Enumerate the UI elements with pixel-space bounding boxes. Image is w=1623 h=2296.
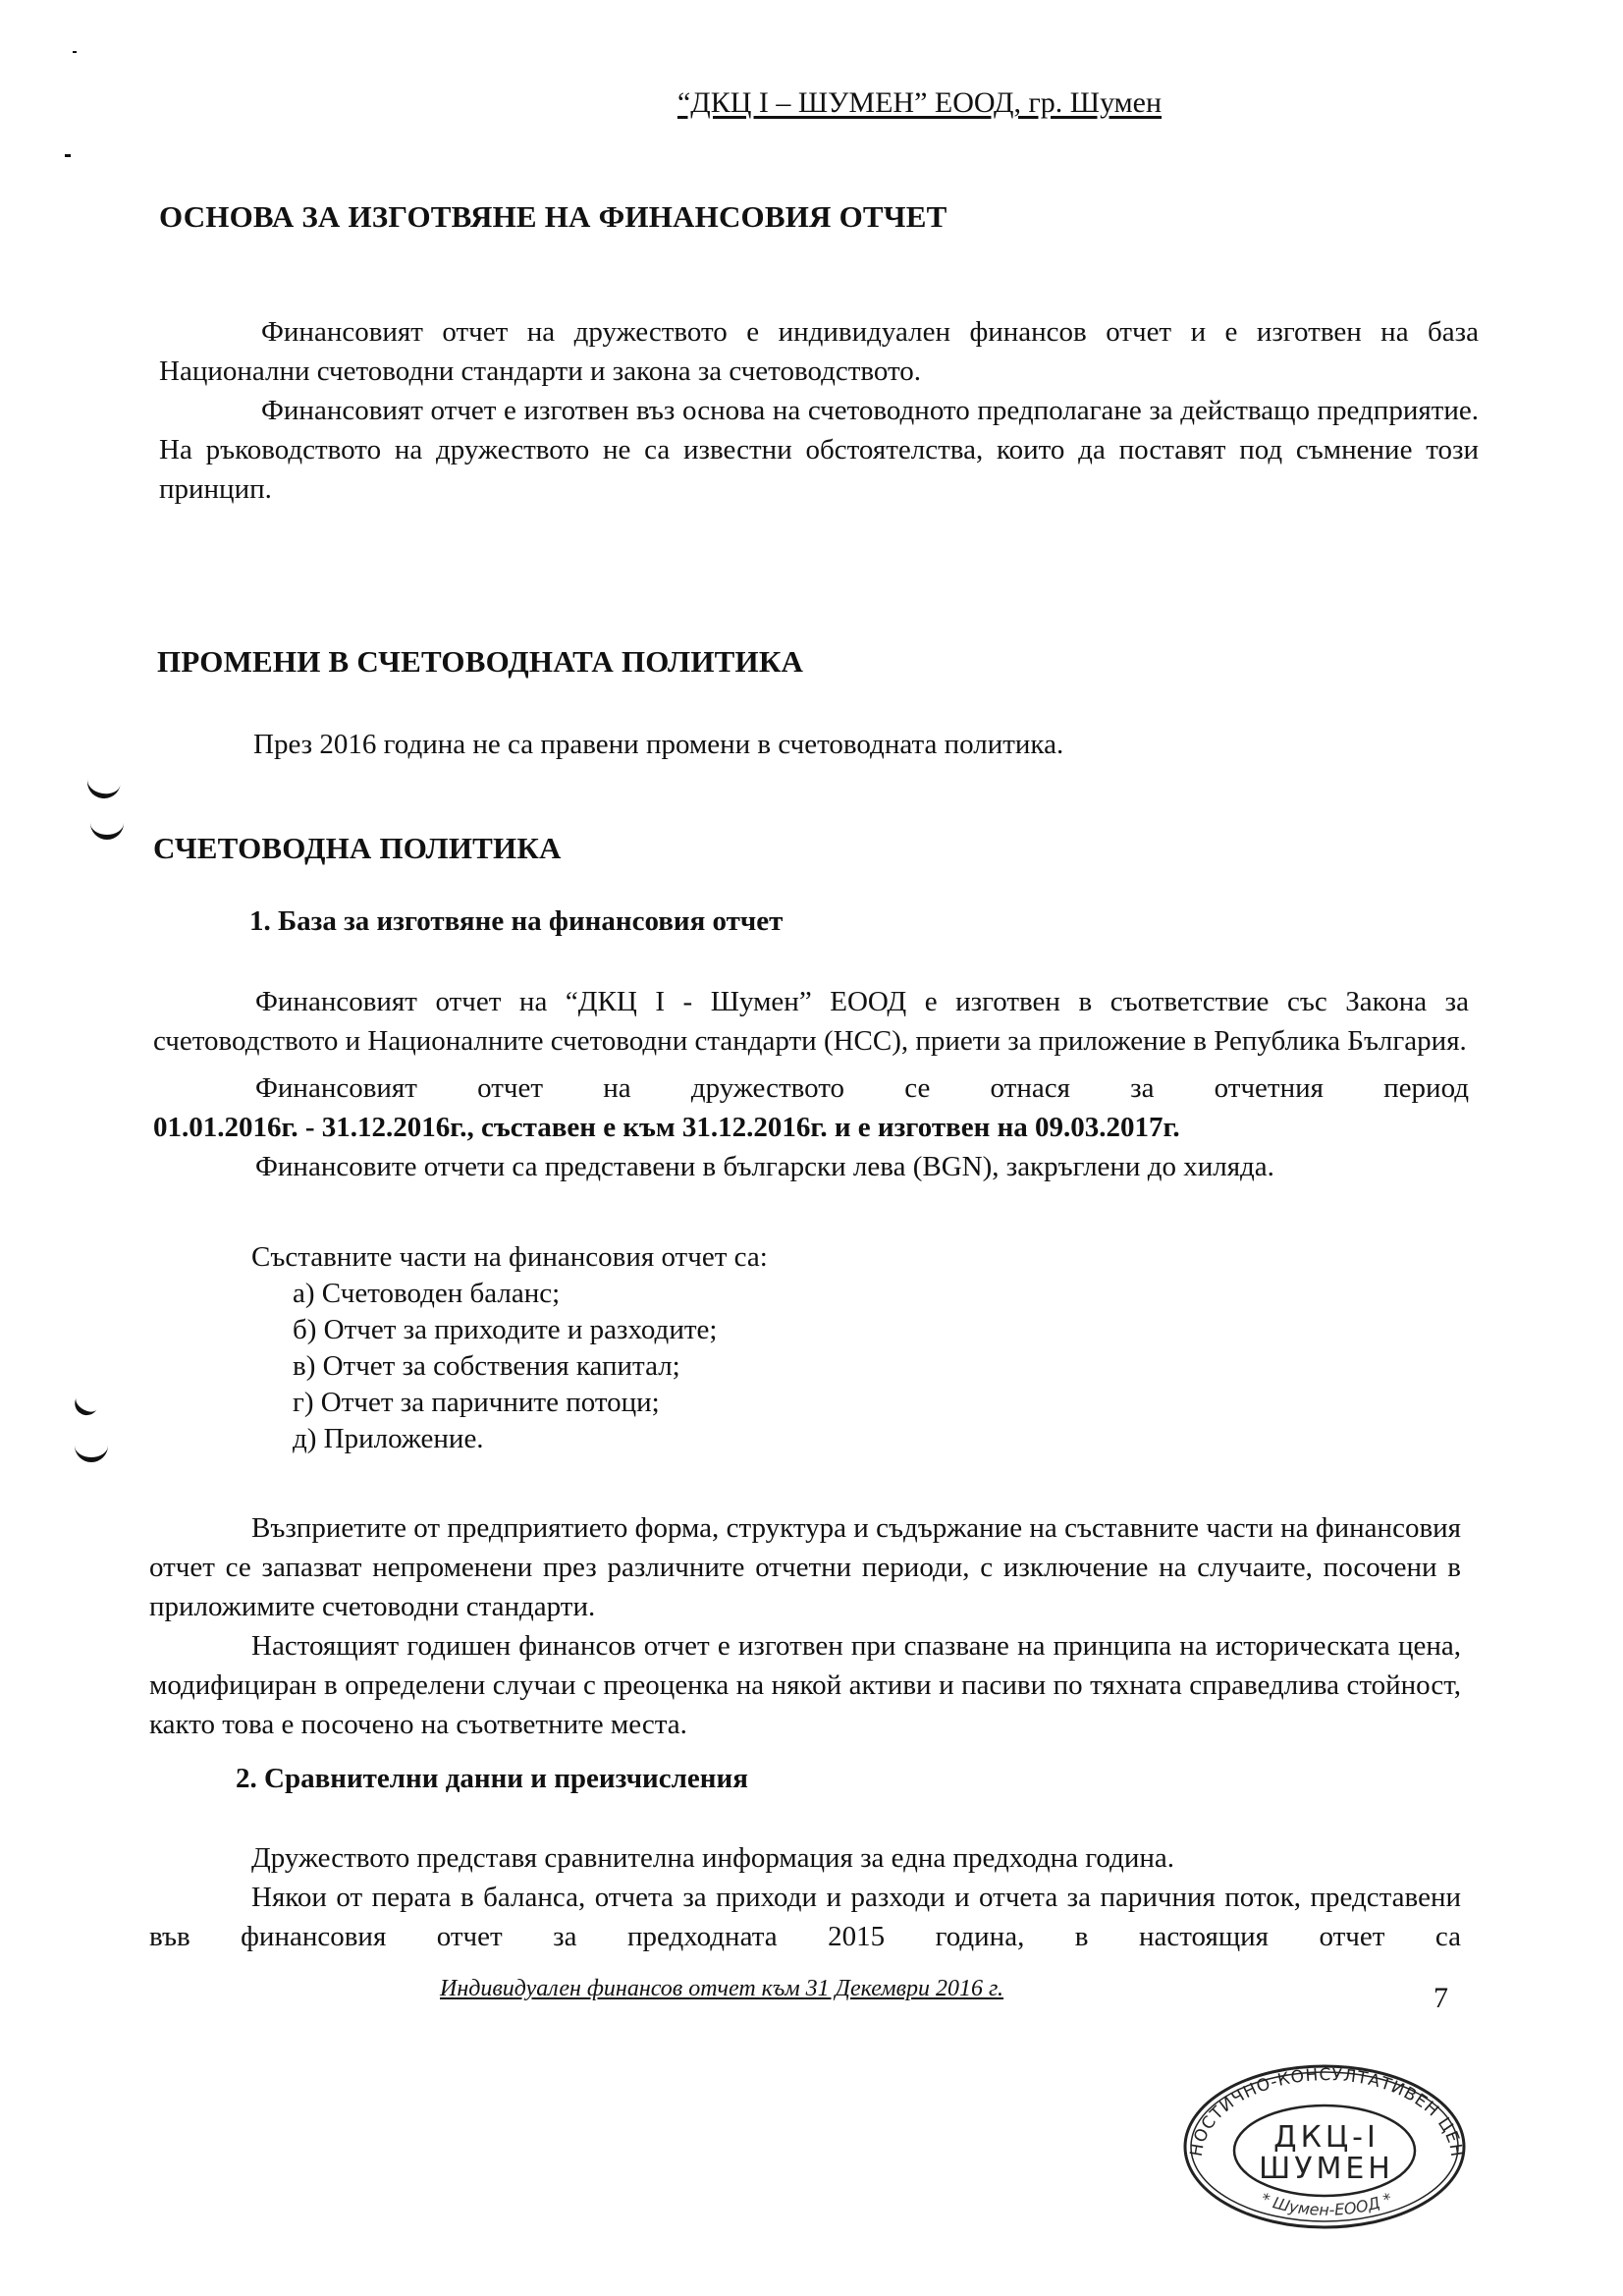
binder-mark <box>84 773 121 801</box>
paragraph: Финансовият отчет на “ДКЦ I - Шумен” ЕОО… <box>153 982 1469 1061</box>
paragraph: Финансовият отчет на дружеството е индив… <box>159 312 1479 391</box>
section-basis-body: Финансовият отчет на дружеството е индив… <box>159 312 1479 509</box>
footer-caption: Индивидуален финансов отчет към 31 Декем… <box>440 1976 1003 2002</box>
page-number: 7 <box>1434 1982 1448 2015</box>
subsection-comparative-body: Дружеството представя сравнителна информ… <box>149 1838 1461 1956</box>
subsection-title-basis: 1. База за изготвяне на финансовия отчет <box>249 905 783 938</box>
paragraph: Дружеството представя сравнителна информ… <box>149 1838 1461 1878</box>
scan-speck <box>73 51 77 53</box>
paragraph: Някои от перата в баланса, отчета за при… <box>149 1878 1461 1956</box>
list-item: г) Отчет за паричните потоци; <box>251 1385 768 1421</box>
components-list: Съставните части на финансовия отчет са:… <box>251 1239 768 1457</box>
paragraph: Възприетите от предприятието форма, стру… <box>149 1508 1461 1626</box>
list-item: д) Приложение. <box>251 1421 768 1457</box>
period-label: Финансовият отчет на дружеството се отна… <box>255 1072 1469 1104</box>
list-item: а) Счетоводен баланс; <box>251 1276 768 1312</box>
company-stamp: ДИАГНОСТИЧНО-КОНСУЛТАТИВЕН ЦЕНТЪР-I * Шу… <box>1174 2060 1469 2233</box>
binder-mark <box>71 1389 102 1420</box>
scan-speck <box>65 154 71 157</box>
list-item: в) Отчет за собствения капитал; <box>251 1348 768 1385</box>
section-title-basis: ОСНОВА ЗА ИЗГОТВЯНЕ НА ФИНАНСОВИЯ ОТЧЕТ <box>159 199 947 235</box>
stamp-graphic: ДИАГНОСТИЧНО-КОНСУЛТАТИВЕН ЦЕНТЪР-I * Шу… <box>1174 2060 1469 2233</box>
binder-mark <box>75 1440 108 1462</box>
section-title-changes: ПРОМЕНИ В СЧЕТОВОДНАТА ПОЛИТИКА <box>157 644 803 680</box>
subsection-basis-body-2: Възприетите от предприятието форма, стру… <box>149 1508 1461 1744</box>
svg-text:ДКЦ-I: ДКЦ-I <box>1273 2120 1380 2155</box>
paragraph: Финансовият отчет на дружеството се отна… <box>153 1068 1469 1108</box>
subsection-basis-body: Финансовият отчет на “ДКЦ I - Шумен” ЕОО… <box>153 982 1469 1186</box>
paragraph: През 2016 година не са правени промени в… <box>253 725 1063 764</box>
binder-mark <box>90 817 124 840</box>
section-title-policy: СЧЕТОВОДНА ПОЛИТИКА <box>153 831 562 866</box>
period-dates: 01.01.2016г. - 31.12.2016г., съставен е … <box>153 1108 1469 1147</box>
svg-text:ШУМЕН: ШУМЕН <box>1259 2152 1394 2186</box>
list-intro: Съставните части на финансовия отчет са: <box>251 1239 768 1276</box>
page-header-company: “ДКЦ I – ШУМЕН” ЕООД, гр. Шумен <box>0 86 1623 120</box>
svg-text:* Шумен-ЕООД *: * Шумен-ЕООД * <box>1259 2189 1395 2219</box>
list-item: б) Отчет за приходите и разходите; <box>251 1312 768 1348</box>
subsection-title-comparative: 2. Сравнителни данни и преизчисления <box>236 1763 748 1795</box>
paragraph: Настоящият годишен финансов отчет е изго… <box>149 1626 1461 1744</box>
paragraph: Финансовият отчет е изготвен въз основа … <box>159 391 1479 509</box>
paragraph: Финансовите отчети са представени в бълг… <box>153 1147 1469 1186</box>
